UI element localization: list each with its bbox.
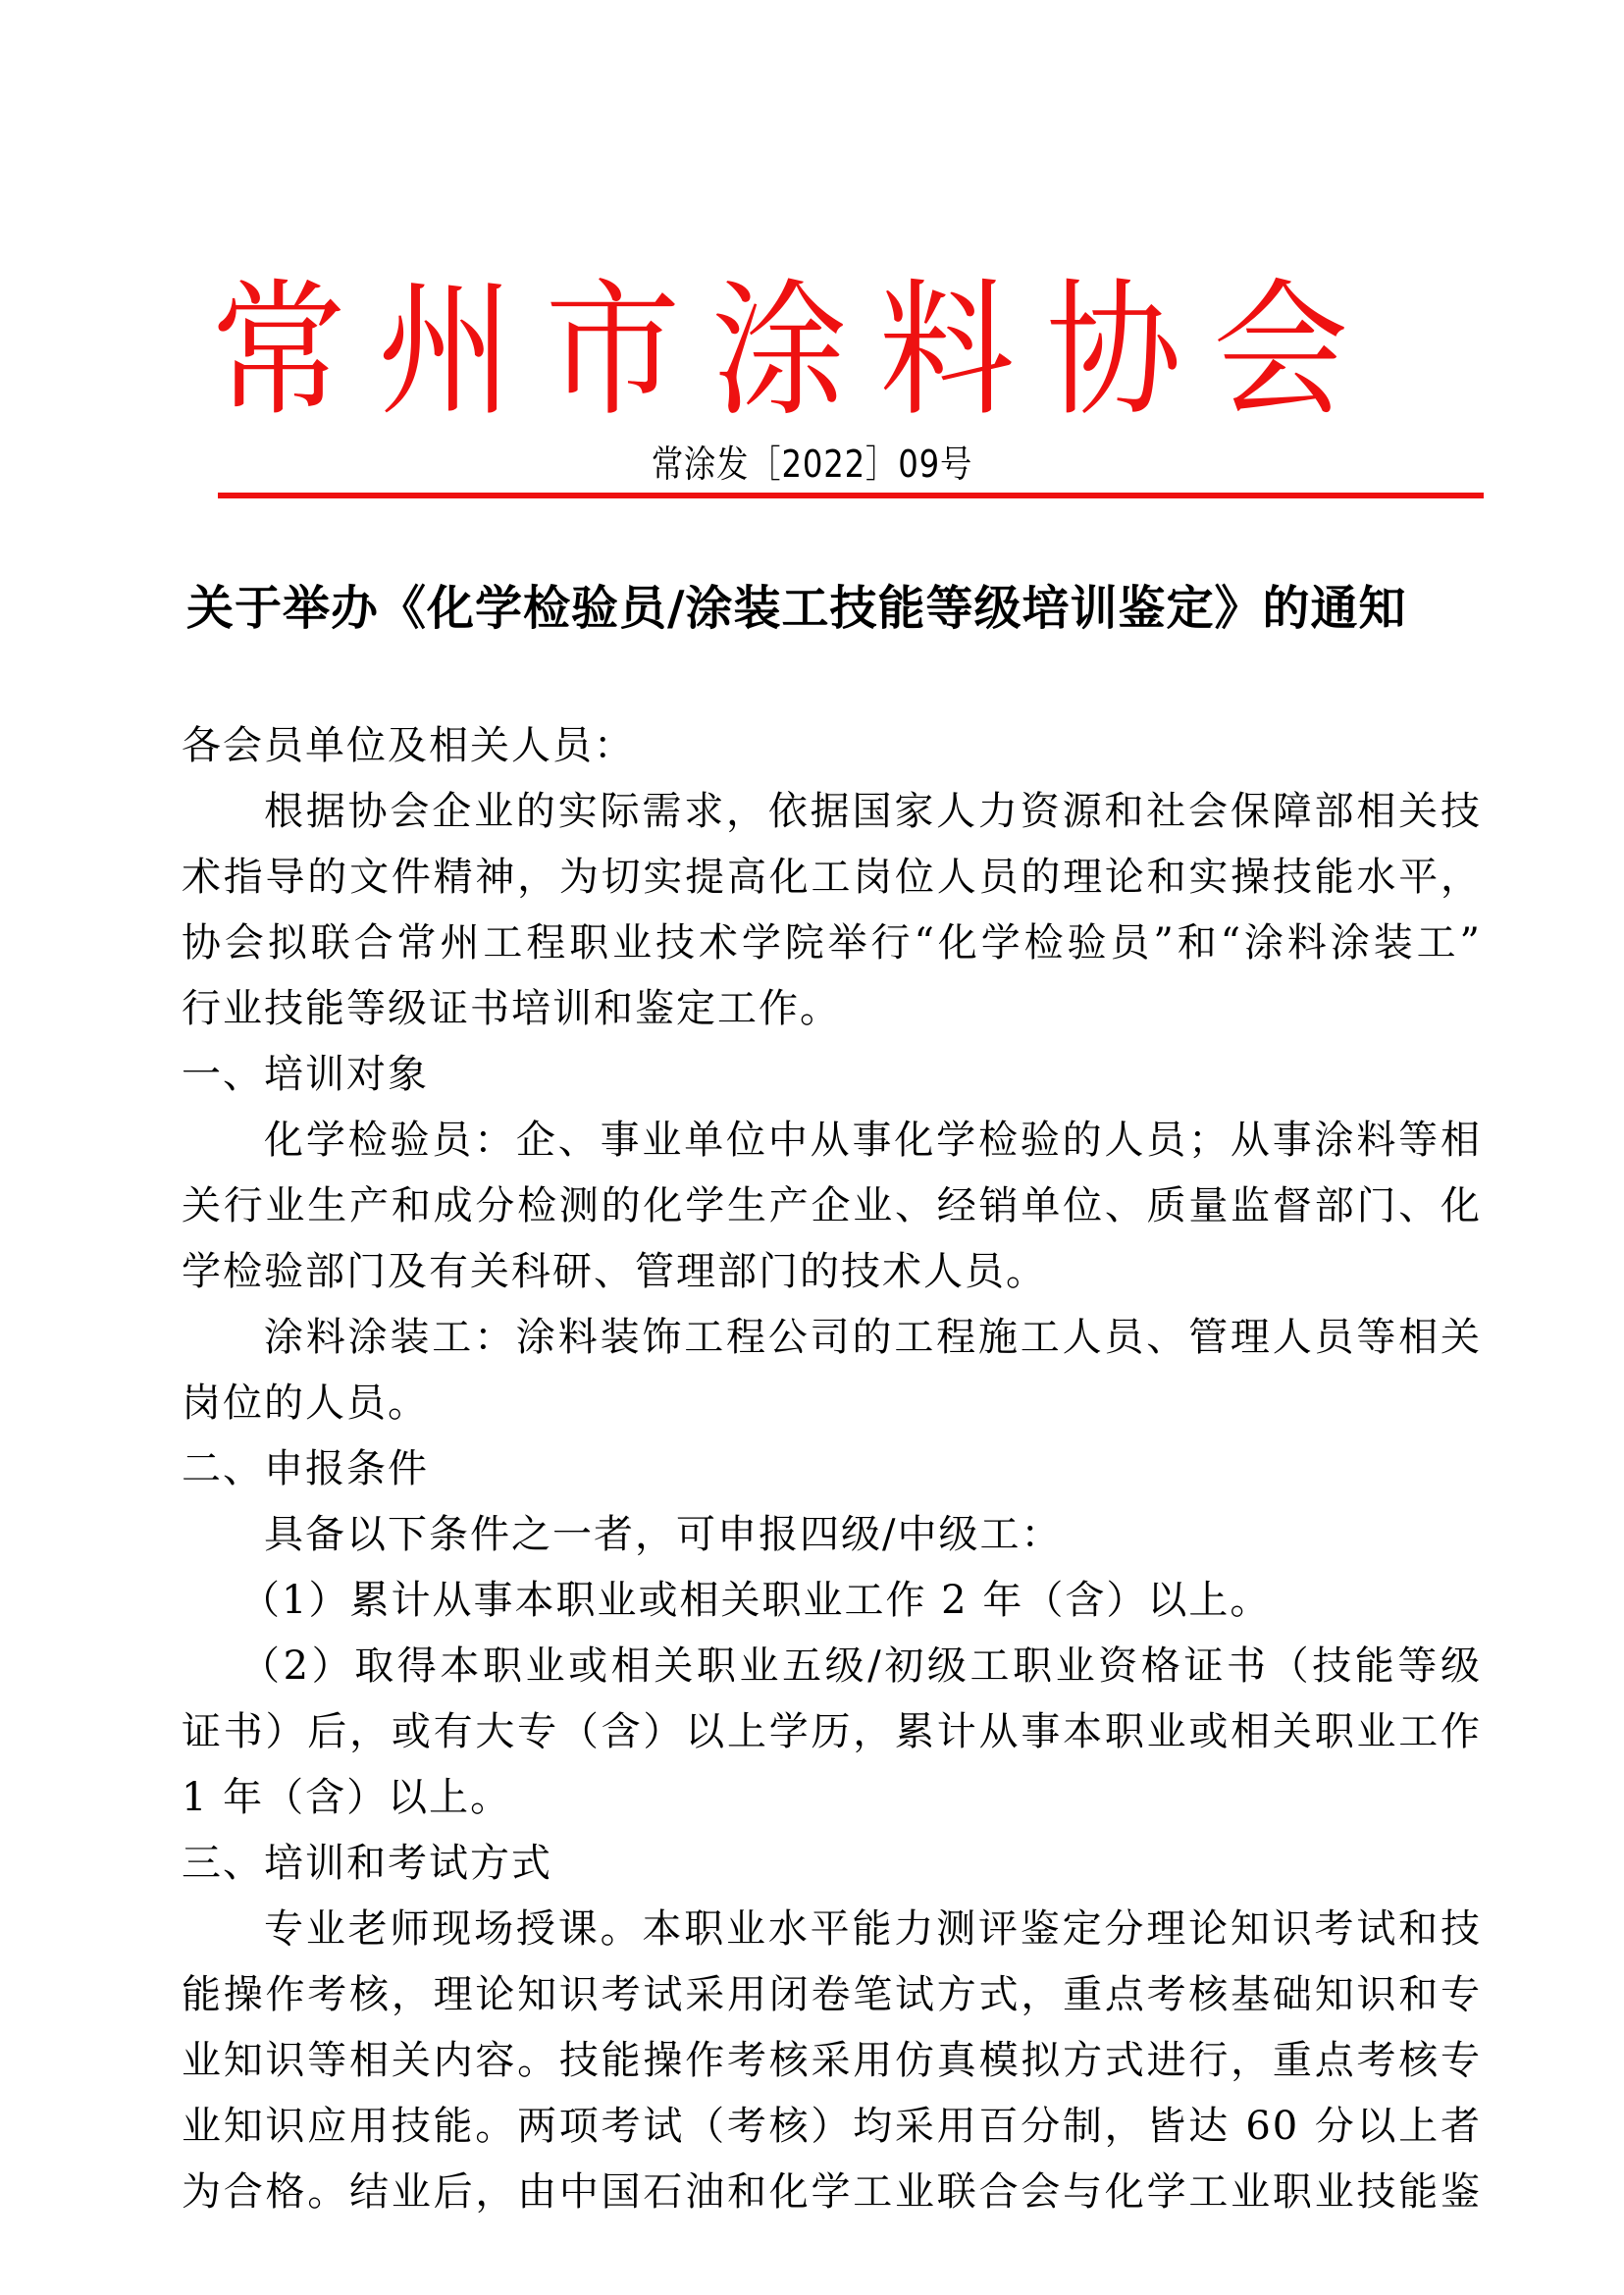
body-line: 学检验部门及有关科研、管理部门的技术人员。 [182, 1239, 1482, 1305]
document-number: 常涂发［2022］09号 [122, 440, 1502, 489]
body-line: 具备以下条件之一者，可申报四级/中级工： [182, 1502, 1482, 1568]
org-name-char: 涂 [712, 263, 848, 440]
org-name-char: 料 [879, 263, 1015, 440]
body-line: （1）累计从事本职业或相关职业工作 2 年（含）以上。 [182, 1568, 1482, 1634]
body-line: 三、培训和考试方式 [182, 1831, 1482, 1897]
body-line: 协会拟联合常州工程职业技术学院举行“化学检验员”和“涂料涂装工” [182, 911, 1482, 976]
red-divider [218, 493, 1484, 498]
document-page: 常 州 市 涂 料 协 会 常涂发［2022］09号 关于举办《化学检验员/涂装… [0, 0, 1624, 2295]
body-line: 业知识应用技能。两项考试（考核）均采用百分制，皆达 60 分以上者 [182, 2094, 1482, 2160]
body-line: 岗位的人员。 [182, 1371, 1482, 1436]
body-line: 为合格。结业后，由中国石油和化学工业联合会与化学工业职业技能鉴 [182, 2160, 1482, 2225]
body-line: 各会员单位及相关人员： [182, 713, 1482, 779]
org-name-char: 州 [378, 263, 513, 440]
body-line: （2）取得本职业或相关职业五级/初级工职业资格证书（技能等级 [182, 1634, 1482, 1699]
body-line: 关行业生产和成分检测的化学生产企业、经销单位、质量监督部门、化 [182, 1174, 1482, 1239]
body-line: 化学检验员：企、事业单位中从事化学检验的人员；从事涂料等相 [182, 1108, 1482, 1174]
org-name-heading: 常 州 市 涂 料 协 会 [211, 263, 1348, 440]
org-name-char: 常 [211, 263, 346, 440]
org-name-char: 会 [1213, 263, 1348, 440]
body-line: 术指导的文件精神，为切实提高化工岗位人员的理论和实操技能水平， [182, 845, 1482, 911]
notice-title: 关于举办《化学检验员/涂装工技能等级培训鉴定》的通知 [186, 577, 1482, 640]
body-line: 业知识等相关内容。技能操作考核采用仿真模拟方式进行，重点考核专 [182, 2028, 1482, 2094]
org-name-char: 市 [545, 263, 680, 440]
body-line: 能操作考核，理论知识考试采用闭卷笔试方式，重点考核基础知识和专 [182, 1962, 1482, 2028]
body-line: 一、培训对象 [182, 1042, 1482, 1108]
body-line: 涂料涂装工：涂料装饰工程公司的工程施工人员、管理人员等相关 [182, 1305, 1482, 1371]
body-line: 证书）后，或有大专（含）以上学历，累计从事本职业或相关职业工作 [182, 1699, 1482, 1765]
notice-body: 各会员单位及相关人员：根据协会企业的实际需求，依据国家人力资源和社会保障部相关技… [182, 713, 1482, 2225]
body-line: 专业老师现场授课。本职业水平能力测评鉴定分理论知识考试和技 [182, 1897, 1482, 1962]
body-line: 1 年（含）以上。 [182, 1765, 1482, 1831]
body-line: 根据协会企业的实际需求，依据国家人力资源和社会保障部相关技 [182, 779, 1482, 845]
org-name-char: 协 [1046, 263, 1181, 440]
body-line: 行业技能等级证书培训和鉴定工作。 [182, 976, 1482, 1042]
body-line: 二、申报条件 [182, 1436, 1482, 1502]
